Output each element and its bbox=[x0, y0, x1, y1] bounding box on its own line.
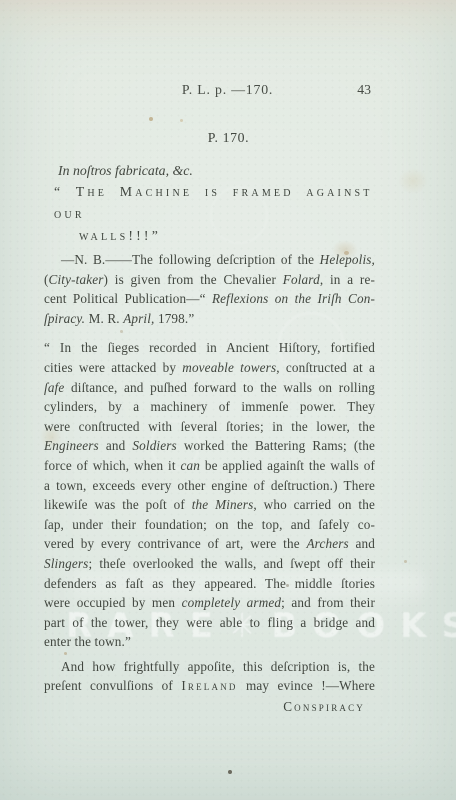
section-heading: P. 170. bbox=[63, 128, 394, 148]
paragraph-closing: And how frightfully appoſite, this deſcr… bbox=[44, 657, 375, 696]
foxing-speck bbox=[404, 560, 407, 563]
text-line: Engineers and Soldiers worked the Batter… bbox=[44, 436, 375, 456]
epigraph-quote-line-2: walls!!!” bbox=[79, 225, 375, 247]
text-line: ſpiracy. M. R. April, 1798.” bbox=[44, 309, 375, 329]
page-header: P. L. p. —170. 43 bbox=[44, 80, 375, 100]
body-paragraphs: —N. B.——The following deſcription of the… bbox=[44, 250, 375, 696]
catchword: Conspiracy bbox=[44, 699, 365, 715]
foxing-stain bbox=[398, 168, 428, 194]
epigraph-latin-line: In noſtros fabricata, &c. bbox=[58, 161, 375, 181]
text-line: Slingers; theſe overlooked the walls, an… bbox=[44, 554, 375, 574]
text-line: preſent convulſions of Ireland may evinc… bbox=[44, 676, 375, 696]
text-line: (City-taker) is given from the Chevalier… bbox=[44, 270, 375, 290]
paragraph-desc: “ In the ſieges recorded in Ancient Hiſt… bbox=[44, 338, 375, 652]
text-line: And how frightfully appoſite, this deſcr… bbox=[44, 657, 375, 677]
text-column: P. L. p. —170. 43 P. 170. In noſtros fab… bbox=[44, 0, 375, 715]
epigraph: In noſtros fabricata, &c. “ The Machine … bbox=[44, 161, 375, 247]
text-line: defenders as faſt as they appeared. The … bbox=[44, 574, 375, 594]
text-line: —N. B.——The following deſcription of the… bbox=[44, 250, 375, 270]
text-line: were conſtructed with ſeveral ſtories; i… bbox=[44, 417, 375, 437]
text-line: were occupied by men completely armed; a… bbox=[44, 593, 375, 613]
text-line: cylinders, by a machinery of immenſe pow… bbox=[44, 397, 375, 417]
running-title: P. L. p. —170. bbox=[62, 80, 393, 100]
text-line: vered by every contrivance of art, were … bbox=[44, 534, 375, 554]
text-line: part of the tower, they were able to fli… bbox=[44, 613, 375, 633]
text-line: likewiſe was the poſt of the Miners, who… bbox=[44, 495, 375, 515]
text-line: a town, exceeds every other engine of de… bbox=[44, 476, 375, 496]
text-line: force of which, when it can be applied a… bbox=[44, 456, 375, 476]
paragraph-nb: —N. B.——The following deſcription of the… bbox=[44, 250, 375, 328]
text-line: cent Political Publication—“ Reflexions … bbox=[44, 289, 375, 309]
text-line: ſafe diſtance, and puſhed forward to the… bbox=[44, 378, 375, 398]
text-line: cities were attacked by moveable towers,… bbox=[44, 358, 375, 378]
book-page-scan: RARE✳BOOKS P. L. p. —170. 43 P. 170. In … bbox=[0, 0, 456, 800]
foxing-speck bbox=[228, 770, 232, 774]
text-line: ſap, under their foundation; on the top,… bbox=[44, 515, 375, 535]
text-line: “ In the ſieges recorded in Ancient Hiſt… bbox=[44, 338, 375, 358]
page-number: 43 bbox=[357, 80, 371, 100]
text-line: enter the town.” bbox=[44, 632, 375, 652]
epigraph-quote-line-1: “ The Machine is framed against our bbox=[54, 181, 375, 225]
